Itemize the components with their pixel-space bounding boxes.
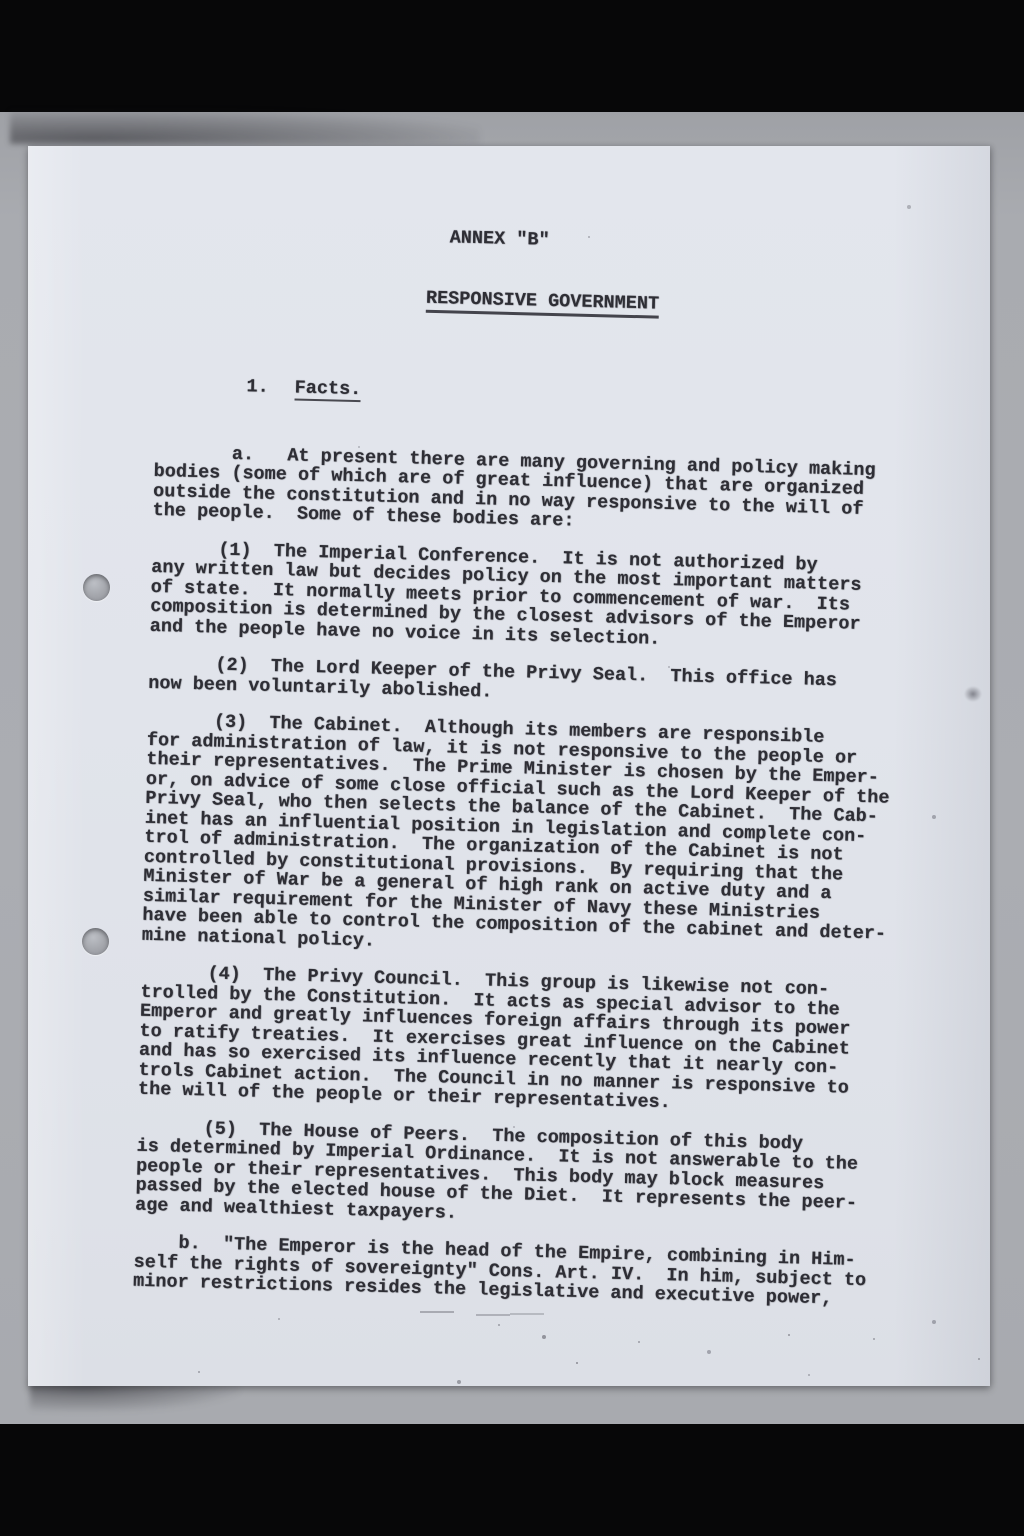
annex-heading: ANNEX "B" bbox=[160, 221, 840, 258]
paragraph-3: (3) The Cabinet. Although its members ar… bbox=[142, 711, 958, 965]
scan-noise-specks bbox=[28, 146, 30, 148]
page-curl-shadow bbox=[10, 110, 480, 144]
scanned-document-photo: { "page": { "background_color": "#a7a9ae… bbox=[0, 0, 1024, 1536]
photo-black-band-top bbox=[0, 0, 1024, 112]
paragraph-b: b. "The Emperor is the head of the Empir… bbox=[133, 1233, 944, 1312]
section-title: Facts. bbox=[294, 378, 361, 402]
right-edge-smudge bbox=[964, 686, 982, 702]
paragraph-a: a. At present there are many governing a… bbox=[152, 442, 964, 540]
paragraph-1: (1) The Imperial Conference. It is not a… bbox=[149, 538, 961, 656]
faint-pencil-marks bbox=[420, 1311, 454, 1313]
section-number: 1. bbox=[246, 376, 269, 398]
photo-black-band-bottom bbox=[0, 1424, 1024, 1536]
punch-hole-top bbox=[83, 574, 110, 601]
title-block: ANNEX "B" RESPONSIVE GOVERNMENT bbox=[157, 221, 839, 342]
document-title-text: RESPONSIVE GOVERNMENT bbox=[426, 289, 660, 318]
section-heading: 1.Facts. bbox=[155, 355, 966, 437]
typed-text-block: ANNEX "B" RESPONSIVE GOVERNMENT 1.Facts.… bbox=[133, 221, 970, 1312]
punch-hole-bottom bbox=[82, 928, 109, 955]
paragraph-2: (2) The Lord Keeper of the Privy Seal. T… bbox=[148, 654, 959, 713]
document-title: RESPONSIVE GOVERNMENT bbox=[157, 262, 838, 342]
paragraph-4: (4) The Privy Council. This group is lik… bbox=[138, 963, 951, 1120]
document-page: ANNEX "B" RESPONSIVE GOVERNMENT 1.Facts.… bbox=[28, 146, 990, 1386]
paragraph-5: (5) The House of Peers. The composition … bbox=[135, 1117, 947, 1235]
